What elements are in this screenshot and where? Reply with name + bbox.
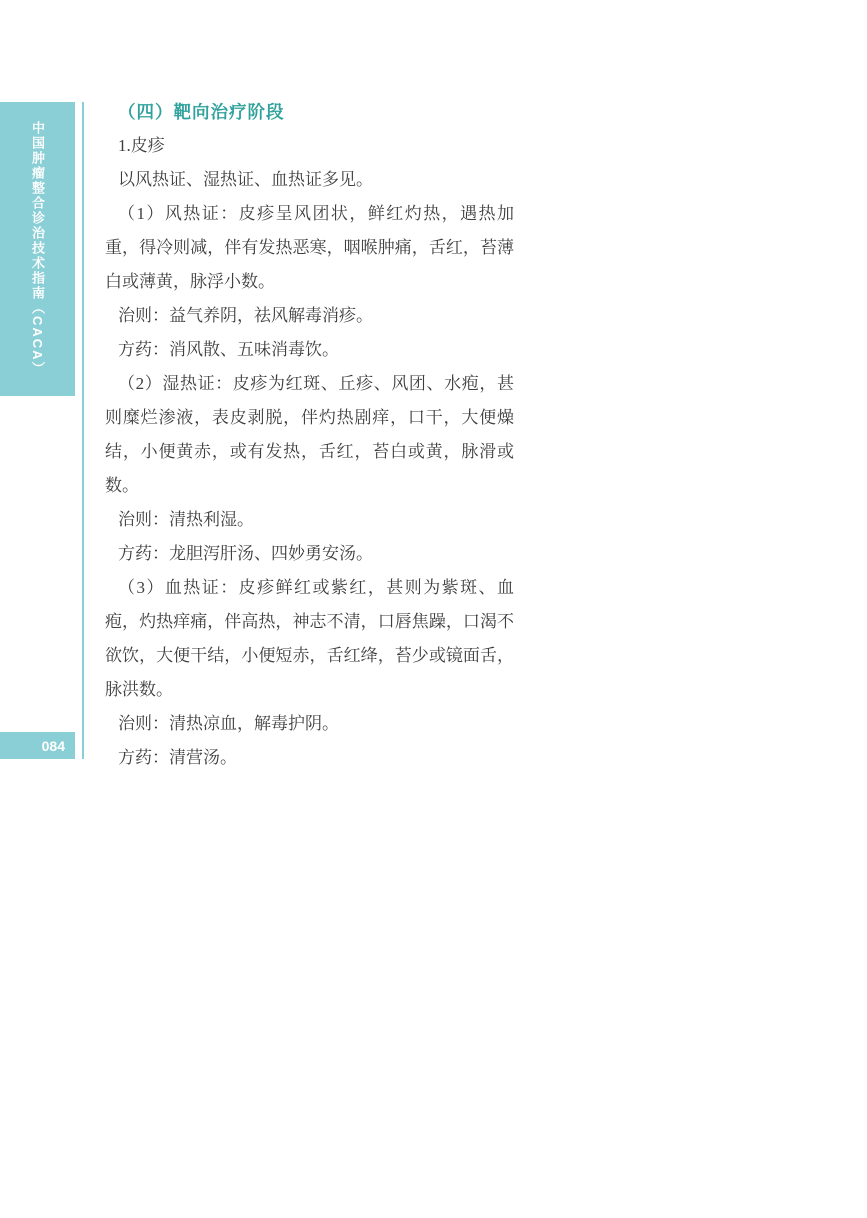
paragraph-prescription-2: 方药：龙胆泻肝汤、四妙勇安汤。 (105, 537, 514, 571)
section-heading: （四）靶向治疗阶段 (105, 95, 514, 129)
sidebar-banner: 中国肿瘤整合诊治技术指南（CACA） (0, 102, 75, 396)
paragraph-treatment-principle-2: 治则：清热利湿。 (105, 503, 514, 537)
paragraph-prescription-3: 方药：清营汤。 (105, 741, 514, 775)
page-number: 084 (42, 738, 65, 754)
sidebar-divider-line (82, 102, 84, 759)
paragraph-wind-heat-syndrome: （1）风热证：皮疹呈风团状，鲜红灼热，遇热加重，得冷则减，伴有发热恶寒，咽喉肿痛… (105, 197, 514, 299)
paragraph-damp-heat-syndrome: （2）湿热证：皮疹为红斑、丘疹、风团、水疱，甚则糜烂渗液，表皮剥脱，伴灼热剧痒，… (105, 367, 514, 503)
document-page: 中国肿瘤整合诊治技术指南（CACA） 084 （四）靶向治疗阶段 1.皮疹 以风… (0, 0, 867, 1218)
paragraph-treatment-principle-3: 治则：清热凉血，解毒护阴。 (105, 707, 514, 741)
paragraph-treatment-principle-1: 治则：益气养阴，祛风解毒消疹。 (105, 299, 514, 333)
paragraph-rash-title: 1.皮疹 (105, 129, 514, 163)
main-content: （四）靶向治疗阶段 1.皮疹 以风热证、湿热证、血热证多见。 （1）风热证：皮疹… (105, 95, 514, 775)
paragraph-syndrome-overview: 以风热证、湿热证、血热证多见。 (105, 163, 514, 197)
paragraph-blood-heat-syndrome: （3）血热证：皮疹鲜红或紫红，甚则为紫斑、血疱，灼热痒痛，伴高热，神志不清，口唇… (105, 571, 514, 707)
page-number-badge: 084 (0, 732, 75, 759)
paragraph-prescription-1: 方药：消风散、五味消毒饮。 (105, 333, 514, 367)
book-title-vertical: 中国肿瘤整合诊治技术指南（CACA） (28, 121, 47, 377)
